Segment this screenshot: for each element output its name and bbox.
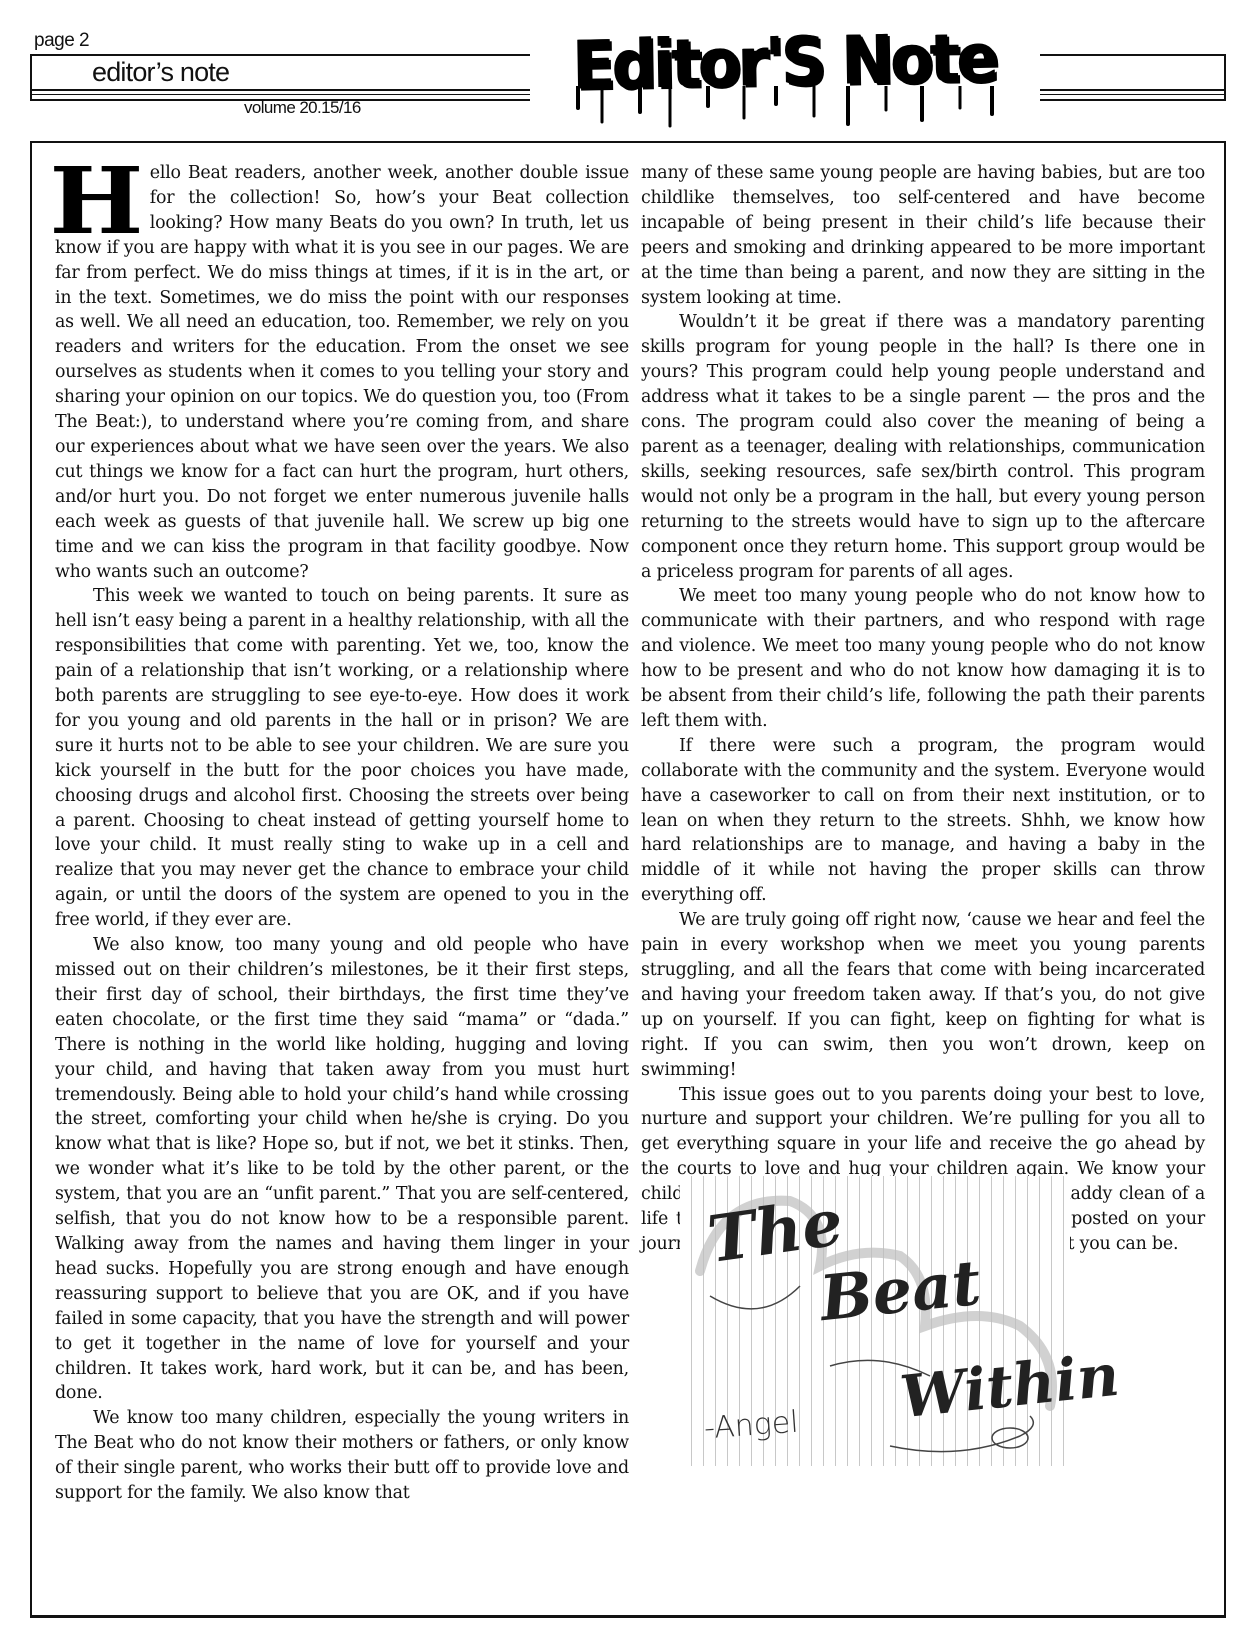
article-paragraph: We are truly going off right now, ‘cause…	[641, 908, 1205, 1082]
article-paragraph: We know too many children, especially th…	[55, 1406, 629, 1506]
drop-cap: H	[50, 167, 144, 235]
article-paragraph: We also know, too many young and old peo…	[55, 933, 629, 1406]
article-paragraph: many of these same young people are havi…	[641, 161, 1205, 310]
paint-drips-icon	[530, 86, 1040, 136]
the-beat-within-illustration: The Beat Within -Angel	[680, 1176, 1070, 1466]
article-paragraph: Hello Beat readers, another week, anothe…	[55, 161, 629, 584]
article-paragraph: This week we wanted to touch on being pa…	[55, 584, 629, 933]
article-paragraph: We meet too many young people who do not…	[641, 584, 1205, 733]
masthead-title: Editor'S Note	[530, 26, 1040, 136]
article-paragraph: If there were such a program, the progra…	[641, 734, 1205, 908]
article-paragraph: Wouldn’t it be great if there was a mand…	[641, 310, 1205, 584]
section-label: editor’s note	[92, 57, 229, 87]
article-column-left: Hello Beat readers, another week, anothe…	[55, 161, 629, 1506]
volume-label: volume 20.15/16	[244, 98, 361, 118]
page-number: page 2	[34, 30, 89, 52]
article-column-right: many of these same young people are havi…	[641, 161, 1205, 1257]
artist-signature: -Angel	[703, 1405, 800, 1447]
